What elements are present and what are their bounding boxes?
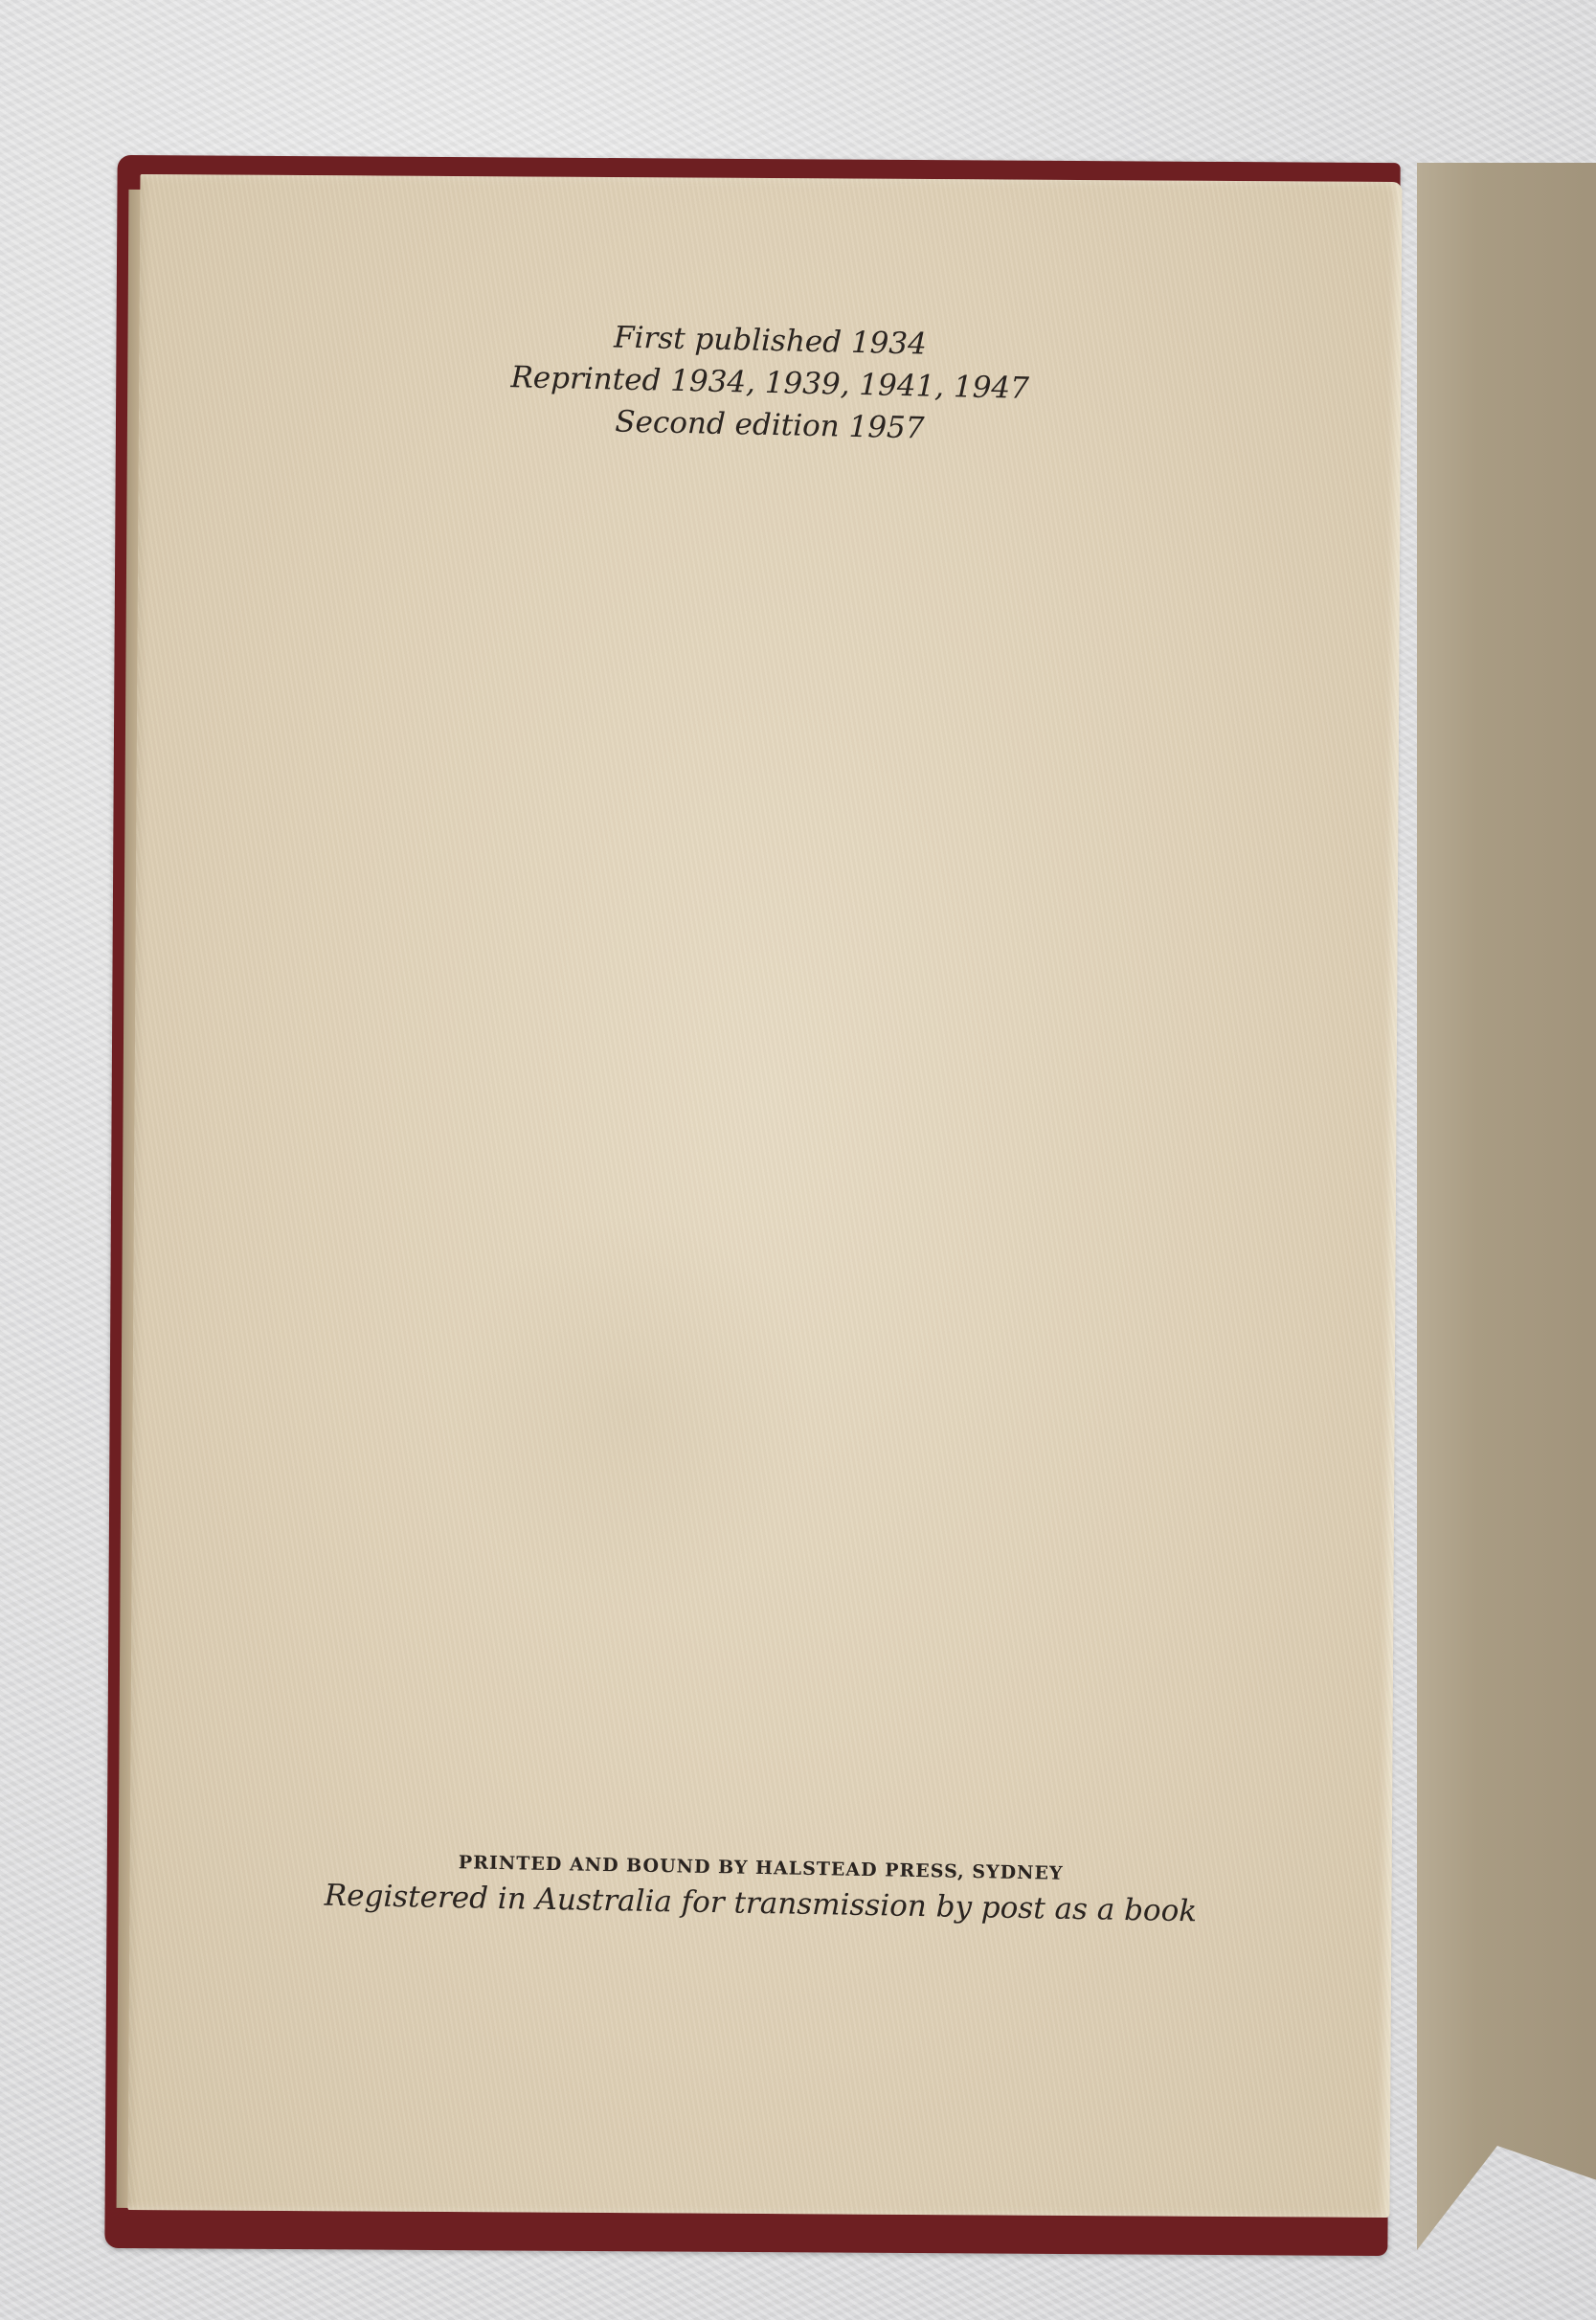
show-through-mark xyxy=(447,1210,814,1614)
printer-block: PRINTED AND BOUND BY HALSTEAD PRESS, SYD… xyxy=(129,1854,1391,1925)
imprint-page: First published 1934 Reprinted 1934, 193… xyxy=(128,174,1403,2218)
publication-history: First published 1934 Reprinted 1934, 193… xyxy=(139,316,1402,450)
facing-page xyxy=(1417,163,1596,2250)
